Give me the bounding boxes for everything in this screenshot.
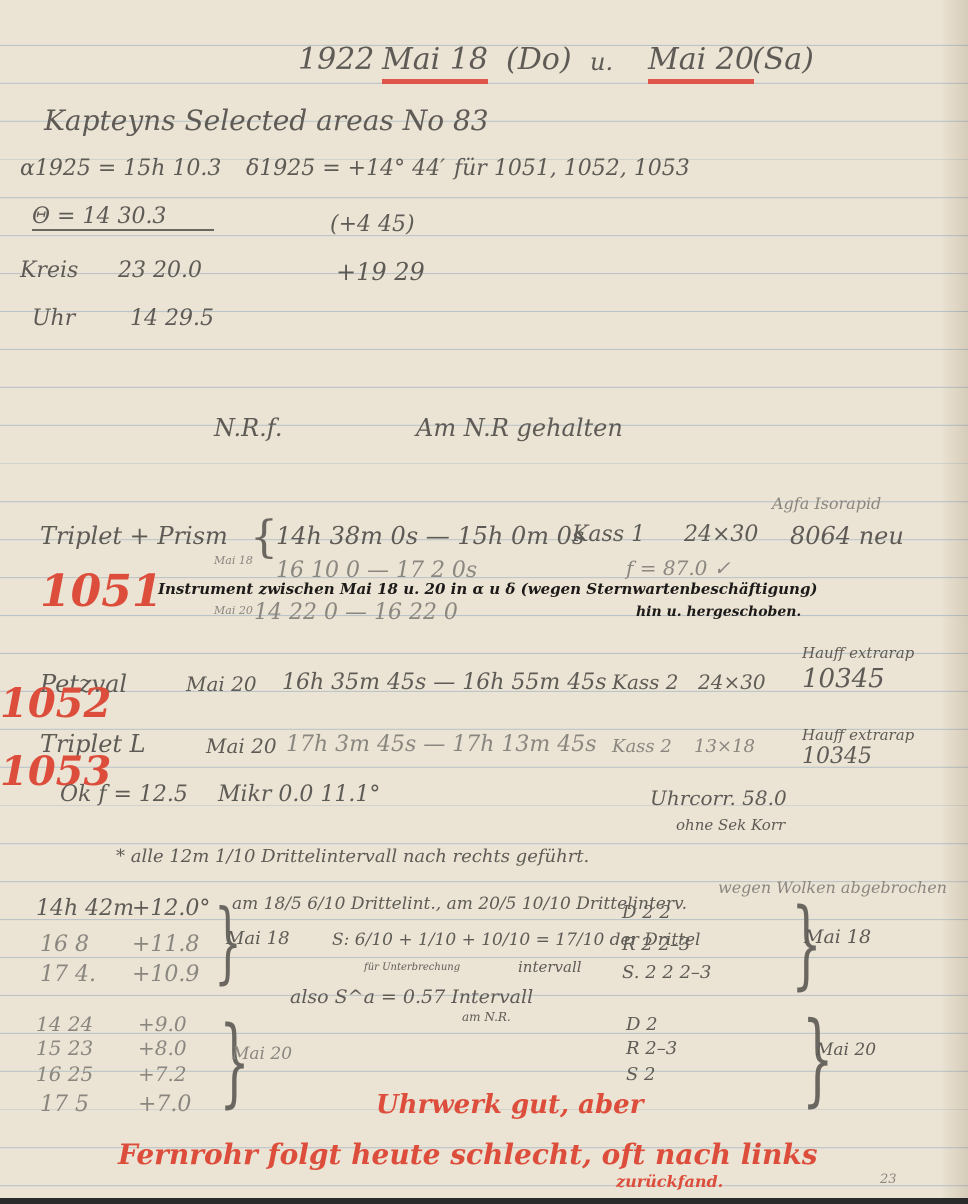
am-nr-heading: Am N.R gehalten [416, 414, 623, 442]
plate-1053-size: 13×18 [694, 736, 755, 757]
mikr-reading: Mikr 0.0 11.1° [218, 782, 380, 807]
plates-ref: für 1051, 1052, 1053 [454, 156, 690, 181]
seeing-row: R 2–3 [626, 1038, 677, 1059]
theta-note: (+4 45) [330, 212, 415, 237]
plate-1051-ink-note-1: Instrument zwischen Mai 18 u. 20 in α u … [158, 580, 818, 598]
seeing-row: S. 2 2 2–3 [622, 962, 711, 983]
ok-focus: Ok f = 12.5 [60, 782, 188, 807]
seeing-row: S 2 [626, 1064, 656, 1085]
unterbrechung-note: für Unterbrechung [364, 962, 460, 973]
header-date-2: Mai 20 [648, 42, 754, 84]
temp-value: +11.8 [132, 932, 199, 957]
seeing-row: R 2 2–3 [622, 934, 690, 955]
plate-1052-size: 24×30 [698, 670, 766, 694]
temps-mai18-label: Mai 18 [226, 928, 290, 949]
plate-1051-size: 24×30 [684, 522, 758, 547]
temp-value: +9.0 [138, 1012, 187, 1036]
plate-1051-instrument: Triplet + Prism [40, 522, 228, 550]
seeing-mai18-label: Mai 18 [804, 926, 871, 948]
page-edge [0, 1198, 968, 1204]
plate-1051-emulsion-note: Agfa Isorapid [772, 494, 881, 513]
plate-number-1052: 1052 [0, 680, 111, 727]
clouds-abort-note: wegen Wolken abgebrochen [718, 878, 947, 897]
temp-time: 14h 42m [36, 896, 134, 921]
header-date-1: Mai 18 [382, 42, 488, 84]
temp-time: 14 24 [36, 1012, 93, 1036]
header-year: 1922 [298, 42, 374, 77]
seeing-row: D 2 [626, 1014, 658, 1035]
plate-1051-date-a: Mai 18 [214, 554, 253, 567]
page-number: 23 [880, 1172, 897, 1187]
red-note-line-1: Uhrwerk gut, aber [376, 1090, 643, 1120]
plate-number-1051: 1051 [40, 566, 162, 617]
temp-value: +12.0° [132, 896, 210, 921]
plate-1051-focus: f = 87.0 ✓ [626, 556, 731, 580]
uhr-values: 14 29.5 [130, 306, 214, 331]
notebook-page: 1922 Mai 18 (Do) u. Mai 20 (Sa) Kapteyns… [0, 0, 968, 1204]
am-nr-note: am N.R. [462, 1010, 511, 1024]
temp-value: +7.2 [138, 1062, 187, 1086]
theta-value: Θ = 14 30.3 [32, 204, 214, 231]
plate-1052-emulsion: 10345 [802, 664, 885, 694]
plate-1053-emulsion-note: Hauff extrarap [802, 726, 914, 744]
temp-time: 15 23 [36, 1036, 93, 1060]
red-note-line-3: zurückfand. [616, 1172, 723, 1191]
page-title: Kapteyns Selected areas No 83 [44, 104, 489, 137]
plate-1051-ink-note-2: hin u. hergeschoben. [636, 604, 801, 620]
temp-time: 16 8 [40, 932, 89, 957]
plate-1051-date-c: Mai 20 [214, 604, 253, 617]
seeing-row: D 2 2 [622, 902, 671, 923]
temp-time: 17 4. [40, 962, 96, 987]
header-conj: u. [590, 48, 613, 76]
plate-1053-date: Mai 20 [206, 734, 277, 758]
plate-1051-cassette: Kass 1 [572, 522, 645, 547]
drive-interval-note: am 18/5 6/10 Drittelint., am 20/5 10/10 … [232, 894, 687, 914]
temp-value: +8.0 [138, 1036, 187, 1060]
plate-1051-time-a: 14h 38m 0s — 15h 0m 0s [276, 522, 584, 550]
plate-1051-emulsion: 8064 neu [790, 522, 904, 550]
delta-value: δ1925 = +14° 44′ [246, 156, 445, 181]
plate-1052-emulsion-note: Hauff extrarap [802, 644, 914, 662]
plate-1052-cassette: Kass 2 [612, 670, 678, 694]
drive-note: * alle 12m 1/10 Drittelintervall nach re… [116, 846, 589, 867]
alpha-value: α1925 = 15h 10.3 [20, 156, 221, 181]
plate-1053-cassette: Kass 2 [612, 736, 672, 757]
brace: { [250, 512, 278, 563]
also-result: also S^a = 0.57 Intervall [290, 986, 533, 1008]
red-note-line-2: Fernrohr folgt heute schlecht, oft nach … [118, 1138, 818, 1171]
temp-time: 16 25 [36, 1062, 93, 1086]
plate-1052-time: 16h 35m 45s — 16h 55m 45s [282, 670, 607, 695]
plate-1052-date: Mai 20 [186, 672, 257, 696]
ohne-sek-korr: ohne Sek Korr [676, 816, 785, 834]
uhr-label: Uhr [32, 306, 75, 331]
temp-value: +7.0 [138, 1092, 191, 1117]
plate-1053-emulsion: 10345 [802, 744, 872, 769]
uhr-correction: Uhrcorr. 58.0 [650, 786, 787, 810]
header-day-1: (Do) [506, 42, 572, 77]
kreis-extra: +19 29 [336, 258, 425, 286]
intervall-word: intervall [518, 958, 582, 976]
temp-time: 17 5 [40, 1092, 89, 1117]
kreis-values: 23 20.0 [118, 258, 202, 283]
nrf-heading: N.R.f. [214, 414, 282, 442]
plate-1051-time-c: 14 22 0 — 16 22 0 [254, 600, 458, 625]
plate-1053-time: 17h 3m 45s — 17h 13m 45s [286, 732, 597, 757]
temp-value: +10.9 [132, 962, 199, 987]
header-day-2: (Sa) [752, 42, 814, 77]
seeing-mai20-label: Mai 20 [816, 1040, 876, 1060]
kreis-label: Kreis [20, 258, 78, 283]
temps-mai20-label: Mai 20 [232, 1044, 292, 1064]
